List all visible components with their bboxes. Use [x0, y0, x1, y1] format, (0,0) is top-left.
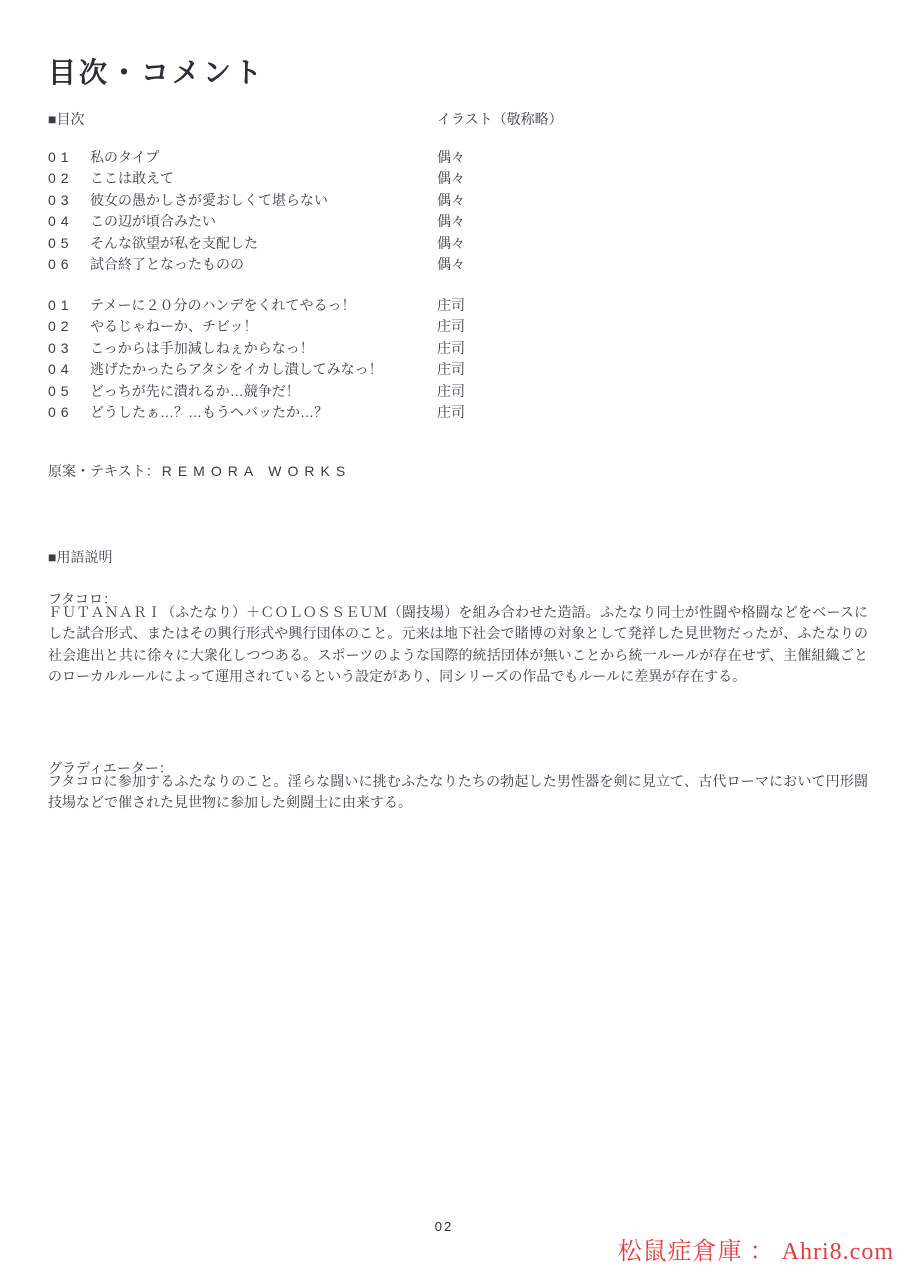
toc-item-title: 逃げたかったらアタシをイカし潰してみなっ！	[90, 361, 383, 377]
toc-item-title: テメーに２０分のハンデをくれてやるっ！	[90, 297, 355, 313]
toc-item-number: 06	[48, 402, 90, 423]
credit-value: REMORA WORKS	[162, 463, 351, 479]
page-number: 02	[384, 1219, 504, 1234]
toc-item-illustrator: 偶々	[437, 233, 465, 254]
toc-item-number: 01	[48, 147, 90, 168]
toc-row: 06どうしたぁ…？…もうヘバッたか…？ 庄司	[48, 402, 868, 423]
toc-item-title: 私のタイプ	[90, 149, 159, 165]
toc-row: 06試合終了となったものの 偶々	[48, 254, 868, 275]
toc-item-title: やるじゃねーか、チビッ！	[90, 318, 257, 334]
toc-row: 05どっちが先に潰れるか…競争だ！ 庄司	[48, 381, 868, 402]
page-title: 目次・コメント	[48, 51, 265, 91]
glossary-section-label: ■用語説明	[48, 547, 112, 567]
toc-item-title: そんな欲望が私を支配した	[90, 235, 258, 251]
toc-group-1: 01私のタイプ 偶々 02ここは敢えて 偶々 03彼女の愚かしさが愛おしくて堪ら…	[48, 147, 868, 275]
toc-item-illustrator: 偶々	[437, 168, 465, 189]
credit-line: 原案・テキスト：REMORA WORKS	[48, 461, 351, 481]
toc-item-illustrator: 偶々	[437, 190, 465, 211]
toc-item-number: 06	[48, 254, 90, 275]
watermark-text: 松鼠症倉庫 ： Ahri8.com	[618, 1231, 894, 1266]
toc-item-title: 試合終了となったものの	[90, 256, 244, 272]
toc-item-illustrator: 庄司	[437, 359, 465, 380]
toc-item-title: どっちが先に潰れるか…競争だ！	[90, 383, 300, 399]
toc-item-illustrator: 偶々	[437, 147, 465, 168]
toc-item-number: 03	[48, 338, 90, 359]
toc-item-illustrator: 偶々	[437, 254, 465, 275]
toc-row: 03彼女の愚かしさが愛おしくて堪らない 偶々	[48, 190, 868, 211]
toc-row: 04この辺が頃合みたい 偶々	[48, 211, 868, 232]
toc-item-title: こっからは手加減しねぇからなっ！	[90, 340, 314, 356]
document-page: 目次・コメント ■目次 イラスト（敬称略） 01私のタイプ 偶々 02ここは敢え…	[0, 0, 900, 1266]
toc-item-number: 01	[48, 295, 90, 316]
toc-item-number: 02	[48, 168, 90, 189]
toc-row: 02やるじゃねーか、チビッ！ 庄司	[48, 316, 868, 337]
toc-item-illustrator: 庄司	[437, 316, 465, 337]
toc-row: 04逃げたかったらアタシをイカし潰してみなっ！ 庄司	[48, 359, 868, 380]
toc-row: 01私のタイプ 偶々	[48, 147, 868, 168]
toc-item-title: ここは敢えて	[90, 170, 174, 186]
toc-item-number: 05	[48, 233, 90, 254]
toc-item-title: どうしたぁ…？…もうヘバッたか…？	[90, 404, 328, 420]
toc-item-number: 04	[48, 211, 90, 232]
toc-item-title: この辺が頃合みたい	[90, 213, 216, 229]
toc-item-illustrator: 庄司	[437, 295, 465, 316]
toc-header: ■目次 イラスト（敬称略）	[48, 109, 868, 129]
toc-item-illustrator: 庄司	[437, 381, 465, 402]
toc-item-number: 04	[48, 359, 90, 380]
toc-item-number: 05	[48, 381, 90, 402]
toc-item-illustrator: 庄司	[437, 402, 465, 423]
toc-item-illustrator: 庄司	[437, 338, 465, 359]
toc-item-number: 03	[48, 190, 90, 211]
toc-item-number: 02	[48, 316, 90, 337]
toc-row: 02ここは敢えて 偶々	[48, 168, 868, 189]
toc-row: 05そんな欲望が私を支配した 偶々	[48, 233, 868, 254]
toc-row: 01テメーに２０分のハンデをくれてやるっ！ 庄司	[48, 295, 868, 316]
glossary-description-2: フタコロに参加するふたなりのこと。淫らな闘いに挑むふたなりたちの勃起した男性器を…	[48, 771, 868, 814]
toc-section-label: ■目次	[48, 111, 84, 127]
glossary-description-1: ＦＵＴＡＮＡＲＩ（ふたなり）＋ＣＯＬＯＳＳＥＵＭ（闘技場）を組み合わせた造語。ふ…	[48, 602, 868, 688]
illustrator-column-header: イラスト（敬称略）	[437, 109, 563, 129]
credit-label: 原案・テキスト：	[48, 463, 160, 479]
toc-item-title: 彼女の愚かしさが愛おしくて堪らない	[90, 192, 328, 208]
toc-item-illustrator: 偶々	[437, 211, 465, 232]
toc-group-2: 01テメーに２０分のハンデをくれてやるっ！ 庄司 02やるじゃねーか、チビッ！ …	[48, 295, 868, 423]
toc-row: 03こっからは手加減しねぇからなっ！ 庄司	[48, 338, 868, 359]
